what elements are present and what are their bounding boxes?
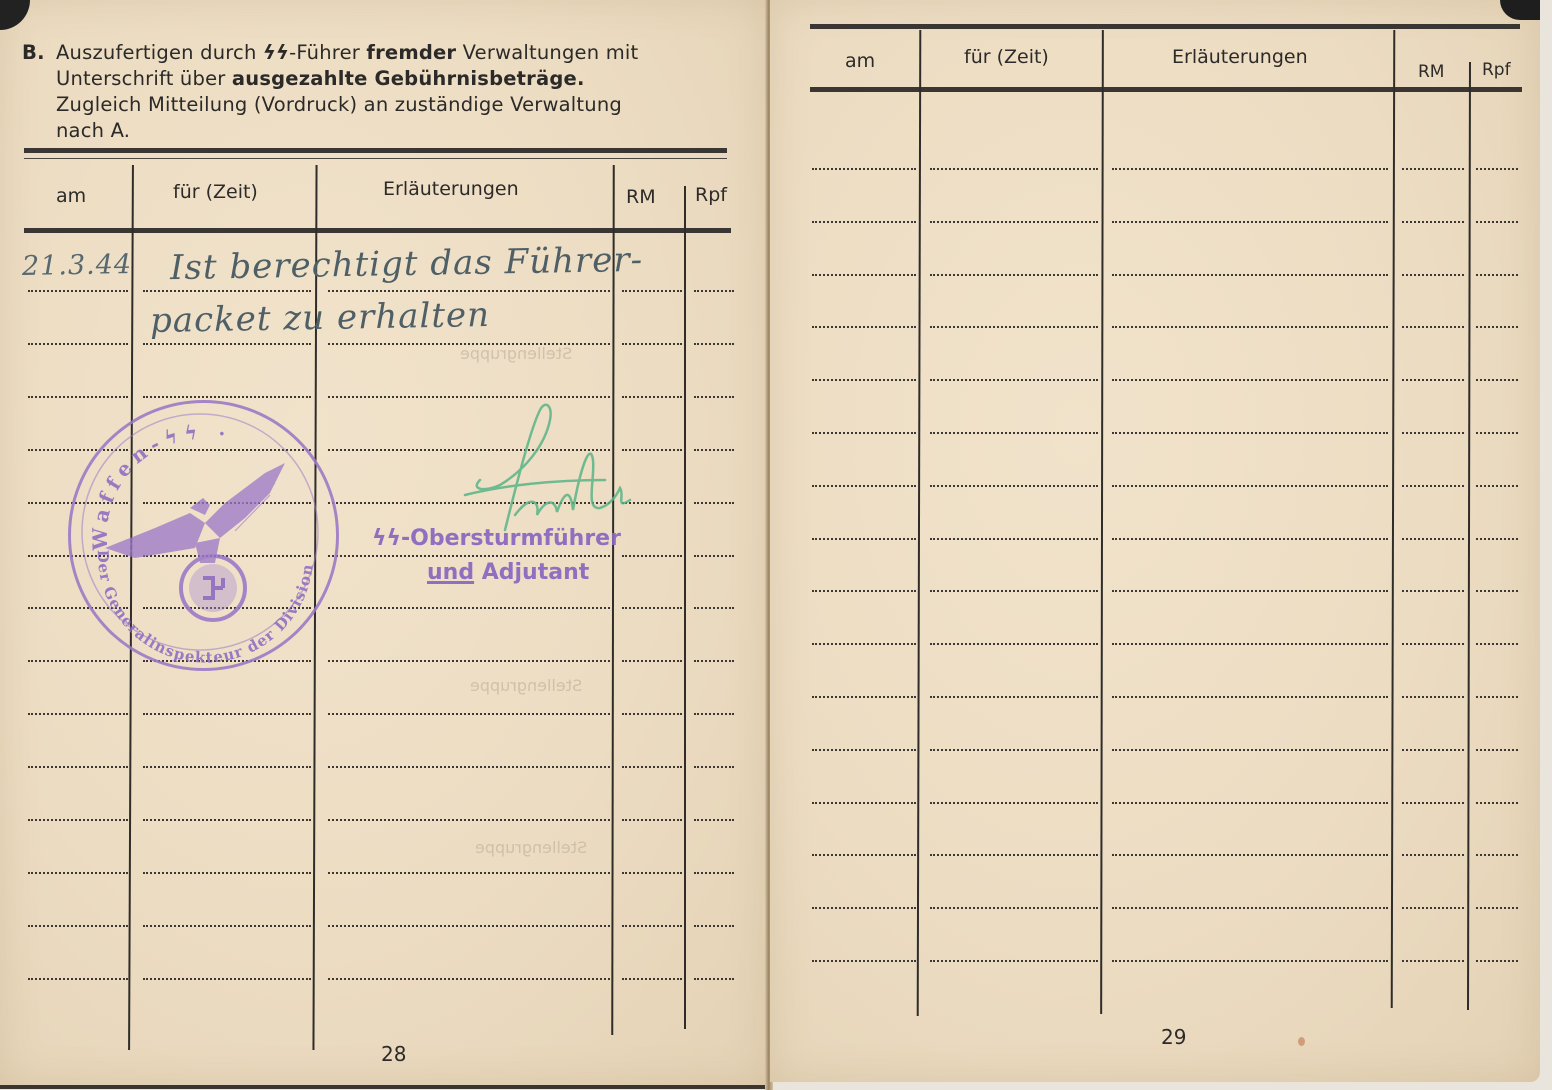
col-header-fuer-zeit: für (Zeit) bbox=[173, 181, 258, 203]
row-dotted-line bbox=[812, 168, 916, 170]
row-dotted-line bbox=[328, 713, 610, 715]
row-dotted-line bbox=[328, 396, 610, 398]
row-dotted-line bbox=[328, 607, 610, 609]
table-top-rule bbox=[24, 148, 727, 153]
col-header-erlaeuterungen: Erläuterungen bbox=[1172, 46, 1308, 68]
row-dotted-line bbox=[1476, 643, 1518, 645]
row-dotted-line bbox=[930, 221, 1098, 223]
entry-text-line1: Ist berechtigt das Führer- bbox=[170, 240, 644, 288]
row-dotted-line bbox=[28, 713, 128, 715]
row-dotted-line bbox=[28, 978, 128, 980]
row-dotted-line bbox=[328, 660, 610, 662]
row-dotted-line bbox=[694, 290, 734, 292]
page-corner-shadow bbox=[1500, 0, 1540, 20]
row-dotted-line bbox=[1476, 326, 1518, 328]
row-dotted-line bbox=[812, 907, 916, 909]
instructions-text: Auszufertigen durch ϟϟ-Führer fremder Ve… bbox=[56, 40, 727, 144]
row-dotted-line bbox=[1402, 538, 1464, 540]
row-dotted-line bbox=[1476, 221, 1518, 223]
row-dotted-line bbox=[1112, 696, 1388, 698]
column-divider bbox=[917, 30, 922, 1016]
row-dotted-line bbox=[143, 819, 311, 821]
row-dotted-line bbox=[1402, 485, 1464, 487]
row-dotted-line bbox=[812, 643, 916, 645]
row-dotted-line bbox=[1112, 326, 1388, 328]
row-dotted-line bbox=[1112, 168, 1388, 170]
row-dotted-line bbox=[622, 396, 682, 398]
row-dotted-line bbox=[1112, 643, 1388, 645]
row-dotted-line bbox=[930, 274, 1098, 276]
col-header-rpf: Rpf bbox=[1482, 60, 1511, 80]
row-dotted-line bbox=[1402, 432, 1464, 434]
row-dotted-line bbox=[1402, 854, 1464, 856]
row-dotted-line bbox=[930, 802, 1098, 804]
header-bottom-rule bbox=[24, 228, 731, 233]
column-divider bbox=[684, 186, 686, 1029]
row-dotted-line bbox=[1112, 221, 1388, 223]
page-number-right: 29 bbox=[1161, 1025, 1186, 1049]
instr-text: Verwaltungen mit bbox=[456, 41, 638, 64]
column-divider bbox=[611, 165, 615, 1035]
row-dotted-line bbox=[28, 766, 128, 768]
row-dotted-line bbox=[812, 802, 916, 804]
row-dotted-line bbox=[622, 925, 682, 927]
row-dotted-line bbox=[622, 607, 682, 609]
row-dotted-line bbox=[143, 713, 311, 715]
row-dotted-line bbox=[328, 819, 610, 821]
row-dotted-line bbox=[1476, 854, 1518, 856]
row-dotted-line bbox=[812, 326, 916, 328]
row-dotted-line bbox=[812, 221, 916, 223]
row-dotted-line bbox=[694, 872, 734, 874]
left-page: B. Auszufertigen durch ϟϟ-Führer fremder… bbox=[0, 0, 768, 1089]
row-dotted-line bbox=[143, 343, 311, 345]
row-dotted-line bbox=[694, 925, 734, 927]
rank-stamp: ϟϟ-Obersturmführer und Adjutant bbox=[372, 522, 621, 590]
col-header-fuer-zeit: für (Zeit) bbox=[964, 46, 1049, 68]
row-dotted-line bbox=[930, 485, 1098, 487]
row-dotted-line bbox=[1112, 432, 1388, 434]
row-dotted-line bbox=[28, 290, 128, 292]
row-dotted-line bbox=[812, 749, 916, 751]
row-dotted-line bbox=[1402, 590, 1464, 592]
row-dotted-line bbox=[1476, 749, 1518, 751]
row-dotted-line bbox=[1402, 802, 1464, 804]
row-dotted-line bbox=[930, 379, 1098, 381]
column-divider bbox=[1100, 30, 1104, 1014]
row-dotted-line bbox=[328, 872, 610, 874]
eagle-emblem-icon bbox=[95, 453, 315, 623]
row-dotted-line bbox=[1402, 379, 1464, 381]
instr-bold: ausgezahlte Gebührnisbeträge. bbox=[232, 67, 585, 90]
row-dotted-line bbox=[143, 766, 311, 768]
row-dotted-line bbox=[1476, 802, 1518, 804]
row-dotted-line bbox=[1476, 432, 1518, 434]
column-divider bbox=[1391, 30, 1396, 1008]
row-dotted-line bbox=[622, 343, 682, 345]
row-dotted-line bbox=[694, 555, 734, 557]
row-dotted-line bbox=[143, 290, 311, 292]
column-divider bbox=[1467, 62, 1470, 1010]
row-dotted-line bbox=[930, 326, 1098, 328]
row-dotted-line bbox=[28, 819, 128, 821]
col-header-am: am bbox=[56, 185, 86, 207]
instr-bold: fremder bbox=[366, 41, 456, 64]
row-dotted-line bbox=[930, 643, 1098, 645]
right-page: am für (Zeit) Erläuterungen RM Rpf 29 bbox=[770, 0, 1540, 1082]
row-dotted-line bbox=[1402, 221, 1464, 223]
row-dotted-line bbox=[1112, 802, 1388, 804]
row-dotted-line bbox=[328, 290, 610, 292]
row-dotted-line bbox=[28, 396, 128, 398]
row-dotted-line bbox=[930, 432, 1098, 434]
table-top-rule bbox=[810, 24, 1520, 29]
row-dotted-line bbox=[1112, 590, 1388, 592]
row-dotted-line bbox=[328, 766, 610, 768]
row-dotted-line bbox=[1112, 854, 1388, 856]
row-dotted-line bbox=[812, 379, 916, 381]
row-dotted-line bbox=[930, 168, 1098, 170]
row-dotted-line bbox=[1112, 274, 1388, 276]
col-header-rm: RM bbox=[626, 186, 656, 208]
row-dotted-line bbox=[143, 925, 311, 927]
row-dotted-line bbox=[812, 485, 916, 487]
row-dotted-line bbox=[1112, 379, 1388, 381]
page-corner-shadow bbox=[0, 0, 30, 30]
row-dotted-line bbox=[28, 872, 128, 874]
row-dotted-line bbox=[622, 555, 682, 557]
handwritten-signature bbox=[445, 400, 635, 540]
row-dotted-line bbox=[1476, 168, 1518, 170]
entry-date: 21.3.44 bbox=[22, 249, 133, 282]
row-dotted-line bbox=[1402, 907, 1464, 909]
row-dotted-line bbox=[622, 978, 682, 980]
table-top-rule-thin bbox=[24, 158, 727, 159]
page-number-left: 28 bbox=[381, 1042, 406, 1066]
row-dotted-line bbox=[1402, 274, 1464, 276]
section-b-instructions: B. Auszufertigen durch ϟϟ-Führer fremder… bbox=[22, 40, 727, 144]
row-dotted-line bbox=[622, 819, 682, 821]
row-dotted-line bbox=[694, 396, 734, 398]
row-dotted-line bbox=[1402, 696, 1464, 698]
col-header-erlaeuterungen: Erläuterungen bbox=[383, 178, 519, 200]
row-dotted-line bbox=[812, 538, 916, 540]
row-dotted-line bbox=[1476, 960, 1518, 962]
row-dotted-line bbox=[1112, 960, 1388, 962]
bleedthrough-text: Stellengruppe bbox=[470, 676, 582, 695]
ss-runes: ϟϟ bbox=[263, 41, 289, 64]
row-dotted-line bbox=[930, 696, 1098, 698]
row-dotted-line bbox=[328, 978, 610, 980]
row-dotted-line bbox=[1402, 326, 1464, 328]
row-dotted-line bbox=[694, 819, 734, 821]
row-dotted-line bbox=[812, 696, 916, 698]
row-dotted-line bbox=[930, 590, 1098, 592]
row-dotted-line bbox=[694, 660, 734, 662]
instr-text: nach A. bbox=[56, 119, 130, 142]
instr-text: -Führer bbox=[289, 41, 366, 64]
row-dotted-line bbox=[1476, 538, 1518, 540]
row-dotted-line bbox=[694, 449, 734, 451]
row-dotted-line bbox=[1476, 485, 1518, 487]
row-dotted-line bbox=[143, 872, 311, 874]
row-dotted-line bbox=[622, 290, 682, 292]
row-dotted-line bbox=[930, 854, 1098, 856]
row-dotted-line bbox=[694, 343, 734, 345]
row-dotted-line bbox=[143, 396, 311, 398]
row-dotted-line bbox=[930, 960, 1098, 962]
row-dotted-line bbox=[1476, 590, 1518, 592]
official-round-stamp: Waffen-ϟϟ · Der Generalinspekteur der Di… bbox=[68, 400, 339, 671]
row-dotted-line bbox=[622, 713, 682, 715]
row-dotted-line bbox=[1476, 379, 1518, 381]
row-dotted-line bbox=[622, 766, 682, 768]
instr-text: Unterschrift über bbox=[56, 67, 232, 90]
instr-text: Zugleich Mitteilung (Vordruck) an zustän… bbox=[56, 93, 622, 116]
row-dotted-line bbox=[812, 854, 916, 856]
row-dotted-line bbox=[1476, 907, 1518, 909]
row-dotted-line bbox=[930, 907, 1098, 909]
bleedthrough-text: Stellengruppe bbox=[460, 344, 572, 363]
row-dotted-line bbox=[812, 274, 916, 276]
row-dotted-line bbox=[1476, 274, 1518, 276]
row-dotted-line bbox=[328, 925, 610, 927]
row-dotted-line bbox=[28, 343, 128, 345]
row-dotted-line bbox=[143, 978, 311, 980]
section-marker: B. bbox=[22, 40, 45, 66]
row-dotted-line bbox=[622, 872, 682, 874]
row-dotted-line bbox=[1112, 538, 1388, 540]
row-dotted-line bbox=[1112, 749, 1388, 751]
row-dotted-line bbox=[1402, 749, 1464, 751]
row-dotted-line bbox=[694, 978, 734, 980]
rank-stamp-line2: und Adjutant bbox=[427, 556, 621, 590]
instr-text: Auszufertigen durch bbox=[56, 41, 263, 64]
paper-stain bbox=[1298, 1037, 1305, 1046]
bleedthrough-text: Stellengruppe bbox=[475, 838, 587, 857]
row-dotted-line bbox=[28, 925, 128, 927]
col-header-rm: RM bbox=[1418, 62, 1444, 82]
row-dotted-line bbox=[812, 432, 916, 434]
row-dotted-line bbox=[930, 749, 1098, 751]
row-dotted-line bbox=[694, 713, 734, 715]
row-dotted-line bbox=[622, 660, 682, 662]
col-header-rpf: Rpf bbox=[695, 184, 727, 206]
row-dotted-line bbox=[694, 607, 734, 609]
col-header-am: am bbox=[845, 50, 875, 72]
row-dotted-line bbox=[1112, 485, 1388, 487]
header-bottom-rule bbox=[810, 87, 1522, 92]
row-dotted-line bbox=[1402, 168, 1464, 170]
row-dotted-line bbox=[1112, 907, 1388, 909]
row-dotted-line bbox=[812, 590, 916, 592]
rank-stamp-und: und bbox=[427, 560, 474, 585]
row-dotted-line bbox=[1476, 696, 1518, 698]
rank-stamp-adjutant: Adjutant bbox=[474, 560, 589, 585]
row-dotted-line bbox=[694, 502, 734, 504]
row-dotted-line bbox=[1402, 960, 1464, 962]
row-dotted-line bbox=[930, 538, 1098, 540]
row-dotted-line bbox=[1402, 643, 1464, 645]
entry-text-line2: packet zu erhalten bbox=[150, 295, 491, 341]
row-dotted-line bbox=[812, 960, 916, 962]
row-dotted-line bbox=[694, 766, 734, 768]
rank-stamp-line1: ϟϟ-Obersturmführer bbox=[372, 522, 621, 556]
